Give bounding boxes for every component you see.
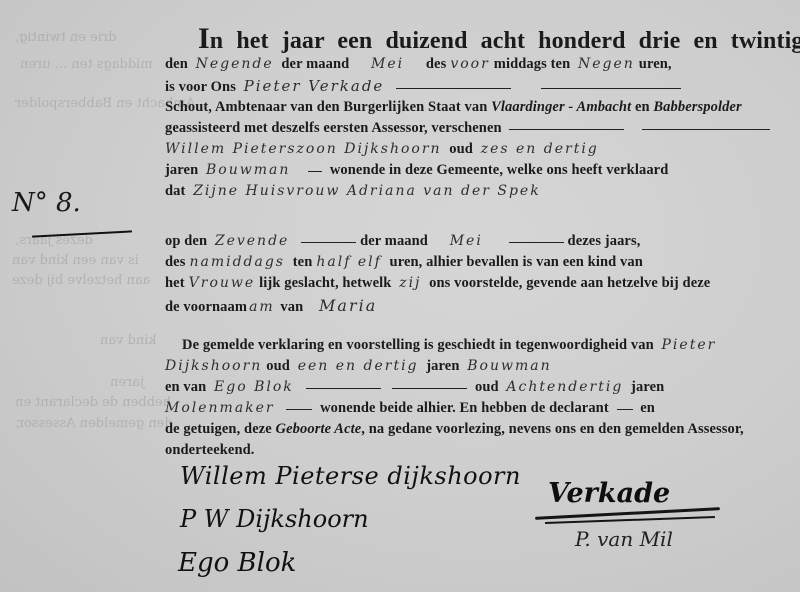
bleed-through-text: den gemelden Assessor, (15, 416, 173, 431)
printed-text: dezes jaars, (568, 233, 641, 249)
record-line-residence: jaren Bouwman wonende in deze Gemeente, … (165, 162, 668, 179)
printed-text: ons voorstelde, gevende aan hetzelve bij… (429, 275, 710, 291)
printed-text: dat (165, 183, 185, 199)
acte-type: Geboorte Acte (276, 421, 362, 437)
handwritten-suffix: am (247, 299, 277, 315)
record-line-birth-time: desnamiddags tenhalf elf uren, alhier be… (165, 254, 643, 271)
record-line-mother: dat Zijne Huisvrouw Adriana van der Spek (165, 183, 545, 200)
signature-declarant: Willem Pieterse dijkshoorn (180, 462, 521, 490)
blank-line (392, 387, 467, 389)
handwritten-declarant-age: zes en dertig (477, 141, 603, 157)
printed-text: Schout, Ambtenaar van den Burgerlijken S… (165, 99, 487, 115)
blank-line (396, 87, 511, 89)
printed-text: des (165, 254, 185, 270)
handwritten-day-part: voor (446, 56, 493, 72)
handwritten-child-name: Maria (307, 296, 381, 315)
printed-text: der maand (360, 233, 428, 249)
printed-text: is voor Ons (165, 79, 236, 95)
handwritten-witness2-occupation: Molenmaker (165, 400, 279, 416)
record-line-child-name: de voornaamam van Maria (165, 296, 381, 316)
printed-text: jaren (426, 358, 459, 374)
bleed-through-text: aan hetzelve bij deze (12, 273, 150, 288)
printed-text: op den (165, 233, 207, 249)
place-name: Babberspolder (653, 99, 741, 115)
handwritten-witness1-last-name: Dijkshoorn (165, 358, 266, 374)
handwritten-pronoun: zij (395, 275, 425, 291)
record-line-jurisdiction: Schout, Ambtenaar van den Burgerlijken S… (165, 99, 742, 116)
handwritten-birth-hour: half elf (312, 254, 385, 270)
handwritten-birth-day: Zevende (211, 233, 293, 249)
printed-text: der maand (281, 56, 349, 72)
printed-text: wonende in deze Gemeente, welke ons heef… (330, 162, 669, 178)
printed-text: oud (449, 141, 473, 157)
record-line-witnesses-intro: De gemelde verklaring en voorstelling is… (182, 337, 720, 354)
bleed-through-text: middags ten ... uren (20, 57, 153, 72)
printed-text: het (165, 275, 185, 291)
printed-text: onderteekend. (165, 442, 255, 458)
printed-text: van (280, 299, 303, 315)
printed-text: jaren (165, 162, 198, 178)
printed-text: , na gedane voorlezing, nevens ons en de… (361, 421, 743, 437)
record-line-witness1: Dijkshoornoud een en dertig jaren Bouwma… (165, 358, 556, 375)
printed-text: De gemelde verklaring en voorstelling is… (182, 337, 654, 353)
handwritten-mother-name: Zijne Huisvrouw Adriana van der Spek (189, 183, 545, 199)
handwritten-witness1-occupation: Bouwman (463, 358, 555, 374)
record-line-witness2: en van Ego Blok oud Achtendertig jaren (165, 379, 664, 396)
printed-text: en van (165, 379, 206, 395)
printed-text: des (426, 56, 446, 72)
blank-line (306, 387, 381, 389)
handwritten-witness1-first-name: Pieter (658, 337, 721, 353)
handwritten-witness2-name: Ego Blok (210, 379, 298, 395)
blank-line (642, 128, 770, 130)
handwritten-birth-day-part: namiddags (185, 254, 289, 270)
handwritten-sex: Vrouwe (185, 275, 260, 291)
printed-text: oud (266, 358, 290, 374)
record-line-sex: hetVrouwelijk geslacht, hetwelk zij ons … (165, 275, 710, 292)
record-line-birth-date: op den Zevende der maand Mei dezes jaars… (165, 233, 640, 250)
printed-text: geassisteerd met deszelfs eersten Assess… (165, 120, 502, 136)
record-line-declarant: Willem Pieterszoon Dijkshoorn oud zes en… (165, 141, 603, 158)
handwritten-official-name: Pieter Verkade (240, 77, 389, 95)
heading-initial: I (198, 22, 210, 55)
record-line-assessor: geassisteerd met deszelfs eersten Assess… (165, 120, 774, 137)
signature-official: Verkade (548, 478, 670, 509)
printed-text: en (640, 400, 655, 416)
record-line-witness2-occupation: Molenmaker wonende beide alhier. En hebb… (165, 400, 655, 417)
blank-line (541, 87, 681, 89)
blank-line (509, 128, 624, 130)
record-line-closing: onderteekend. (165, 442, 255, 459)
handwritten-declarant-name: Willem Pieterszoon Dijkshoorn (165, 141, 446, 157)
bleed-through-text: jaren (110, 375, 144, 390)
record-line-official: is voor Ons Pieter Verkade (165, 77, 685, 96)
printed-text: jaren (631, 379, 664, 395)
record-line-date: den Negende der maand Mei desvoormiddags… (165, 56, 672, 73)
blank-line (617, 408, 633, 410)
handwritten-hour: Negen (574, 56, 639, 72)
signature-assessor: P. van Mil (575, 527, 673, 551)
printed-text: uren, alhier bevallen is van een kind va… (390, 254, 643, 270)
blank-line (286, 408, 312, 410)
printed-text: lijk geslacht, hetwelk (259, 275, 391, 291)
bleed-through-text: kind van (100, 333, 156, 348)
bleed-through-text: drie en twintig, (15, 30, 116, 45)
handwritten-day: Negende (192, 56, 278, 72)
place-name: Vlaardinger - Ambacht (491, 99, 631, 115)
handwritten-birth-month: Mei (432, 233, 501, 249)
register-number: N° 8. (12, 188, 81, 218)
printed-text: en (635, 99, 650, 115)
handwritten-witness2-age: Achtendertig (502, 379, 627, 395)
document-heading: In het jaar een duizend acht honderd dri… (198, 22, 800, 56)
signature-witness-2: Ego Blok (178, 548, 296, 578)
printed-text: den (165, 56, 188, 72)
printed-text: de getuigen, deze (165, 421, 272, 437)
printed-text: de voornaam (165, 299, 247, 315)
blank-line (308, 170, 322, 172)
bleed-through-text: hebben de declarant en (15, 395, 171, 410)
record-line-signing: de getuigen, deze Geboorte Acte, na geda… (165, 421, 744, 438)
handwritten-witness1-age: een en dertig (294, 358, 423, 374)
printed-text: uren, (639, 56, 672, 72)
blank-line (509, 241, 564, 243)
bleed-through-text: is van een kind van (12, 253, 139, 268)
blank-line (301, 241, 356, 243)
printed-text: middags ten (494, 56, 570, 72)
handwritten-declarant-occupation: Bouwman (202, 162, 300, 178)
birth-certificate-scan: drie en twintig, middags ten ... uren Am… (0, 0, 800, 592)
heading-text: n het jaar een duizend acht honderd drie… (210, 28, 800, 54)
printed-text: ten (293, 254, 313, 270)
printed-text: wonende beide alhier. En hebben de decla… (320, 400, 609, 416)
handwritten-month: Mei (353, 56, 422, 72)
printed-text: oud (475, 379, 499, 395)
signature-witness-1: P W Dijkshoorn (180, 505, 369, 533)
